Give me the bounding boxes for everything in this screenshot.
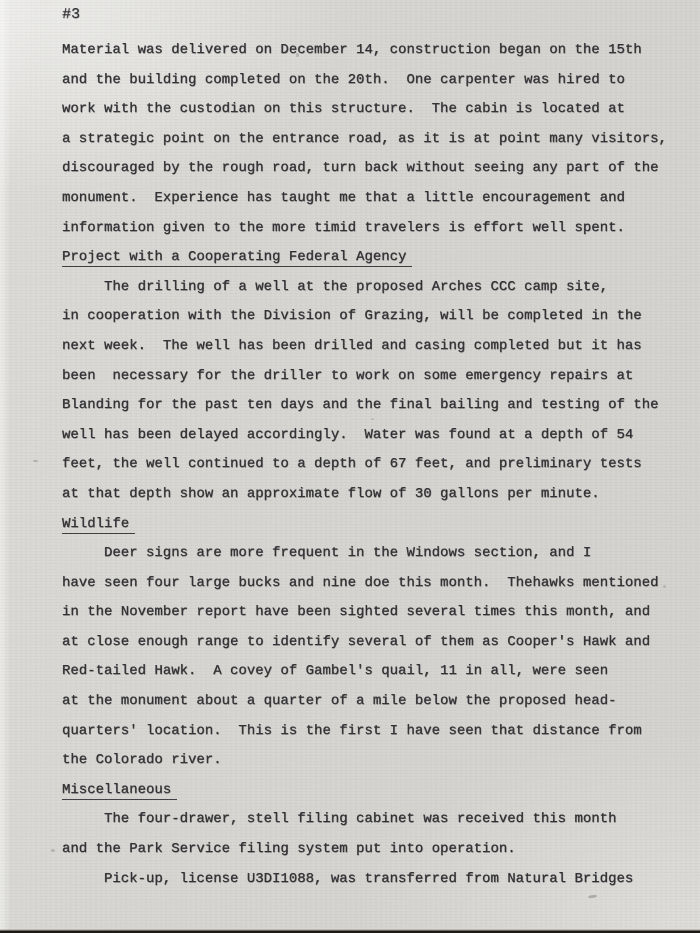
section-heading-text: Project with a Cooperating Federal Agenc… — [62, 249, 412, 267]
section-heading: Miscellaneous — [62, 776, 648, 806]
text-line: discouraged by the rough road, turn back… — [62, 154, 648, 184]
text-line: quarters' location. This is the first I … — [62, 717, 648, 747]
text-line: have seen four large bucks and nine doe … — [62, 569, 648, 599]
typed-text: Material was delivered on December 14, c… — [62, 36, 648, 894]
text-line: been necessary for the driller to work o… — [62, 362, 648, 392]
page-number: #3 — [62, 6, 80, 23]
text-line: at close enough range to identify severa… — [62, 628, 648, 658]
section-heading-text: Miscellaneous — [62, 782, 177, 800]
paper-speck — [51, 849, 55, 852]
text-line: next week. The well has been drilled and… — [62, 332, 648, 362]
text-line: Blanding for the past ten days and the f… — [62, 391, 648, 421]
text-line: Red-tailed Hawk. A covey of Gambel's qua… — [62, 657, 648, 687]
scanned-page: #3 Material was delivered on December 14… — [0, 0, 700, 933]
text-line: at the monument about a quarter of a mil… — [62, 687, 648, 717]
text-line: the Colorado river. — [62, 746, 648, 776]
section-heading: Wildlife — [62, 510, 648, 540]
text-line: monument. Experience has taught me that … — [62, 184, 648, 214]
text-line: and the Park Service filing system put i… — [62, 835, 648, 865]
paper-left-edge-highlight — [0, 0, 10, 933]
section-heading-text: Wildlife — [62, 516, 135, 534]
paper-speck — [663, 585, 666, 588]
text-line: in cooperation with the Division of Graz… — [62, 302, 648, 332]
text-line: Pick-up, license U3DI1088, was transferr… — [62, 865, 648, 895]
text-line: The four-drawer, stell filing cabinet wa… — [62, 805, 648, 835]
text-line: and the building completed on the 20th. … — [62, 66, 648, 96]
text-line: information given to the more timid trav… — [62, 214, 648, 244]
text-line: a strategic point on the entrance road, … — [62, 125, 648, 155]
text-line: feet, the well continued to a depth of 6… — [62, 450, 648, 480]
text-line: well has been delayed accordingly. Water… — [62, 421, 648, 451]
paper-speck — [33, 460, 38, 462]
section-heading: Project with a Cooperating Federal Agenc… — [62, 243, 648, 273]
scan-bottom-edge — [0, 929, 700, 933]
paper-speck — [588, 894, 597, 898]
text-line: at that depth show an approximate flow o… — [62, 480, 648, 510]
text-line: in the November report have been sighted… — [62, 598, 648, 628]
text-line: Deer signs are more frequent in the Wind… — [62, 539, 648, 569]
text-line: work with the custodian on this structur… — [62, 95, 648, 125]
text-line: Material was delivered on December 14, c… — [62, 36, 648, 66]
text-line: The drilling of a well at the proposed A… — [62, 273, 648, 303]
